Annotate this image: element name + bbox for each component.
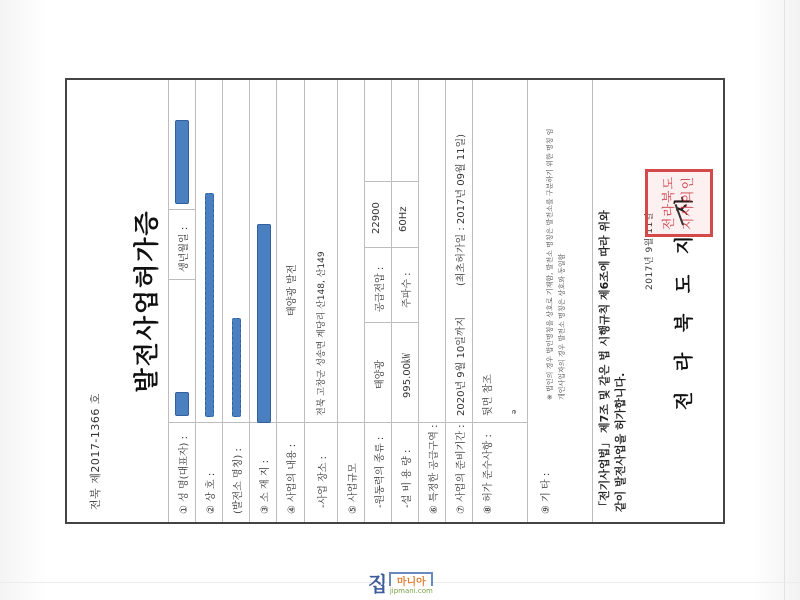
row-divider — [445, 80, 446, 522]
first-permit-date: (최초허가일 : 2017년 09월 11일) — [452, 134, 467, 286]
supply-area-label: ⑥ 특정한 공급구역 : — [425, 425, 440, 515]
row-divider — [276, 80, 277, 522]
other-value: ə — [510, 410, 518, 414]
capacity-label: -설 비 용 량 : — [398, 450, 413, 508]
prep-period-label: ⑦ 사업의 준비기간 : — [452, 425, 467, 515]
site-value: 전북 고창군 성송면 계당리 산148, 산149 — [314, 251, 327, 416]
name-label: ① 성 명(대표자) : — [175, 436, 190, 514]
redacted-company — [205, 193, 214, 417]
conditions-label: ⑧ 허가 준수사항 : — [479, 434, 494, 514]
row-divider — [168, 80, 169, 522]
business-value: 태양광 발전 — [283, 265, 298, 316]
frequency-value: 60Hz — [398, 207, 409, 233]
voltage-value: 22900 — [371, 202, 382, 234]
voltage-label: 공급전압 : — [371, 267, 386, 312]
birth-label: 생년월일 : — [175, 227, 190, 272]
watermark-url: jipmani.com — [390, 587, 433, 595]
row-divider — [418, 80, 419, 522]
row-divider — [222, 80, 223, 522]
document-title: 발전사업허가증 — [127, 80, 163, 522]
closing-line-1: 「전기사업법」 제7조 및 같은 법 시행규칙 제6조에 따라 위와 — [597, 210, 613, 512]
company-label: ② 상 호 : — [202, 473, 217, 514]
watermark-logo: 집 마니아 jipmani.com — [368, 572, 433, 595]
row-divider — [249, 80, 250, 522]
row-divider — [195, 80, 196, 522]
row-divider — [391, 80, 392, 522]
row-divider — [472, 80, 473, 522]
cell-divider — [364, 247, 418, 248]
location-label: ③ 소 재 지 : — [256, 460, 271, 514]
cell-divider — [364, 181, 418, 182]
redacted-location — [257, 224, 271, 423]
redacted-plant-name — [232, 318, 241, 417]
house-icon: 마니아 — [389, 572, 433, 586]
other-label: ⑨ 기 타 : — [537, 473, 552, 514]
scale-label: ⑤ 사업규모 — [344, 463, 359, 514]
source-label: -원동력의 종류 : — [371, 437, 386, 508]
document-number: 전북 제2017-1366 호 — [87, 393, 103, 510]
row-divider — [364, 80, 365, 522]
watermark-mark: 집 — [368, 574, 387, 594]
closing-line-2: 같이 발전사업을 허가합니다. — [613, 373, 629, 512]
capacity-value: 995.00㎾ — [398, 353, 413, 398]
permit-document: 전북 제2017-1366 호 발전사업허가증 ① 성 명(대표자) : 생년월… — [65, 78, 725, 524]
row-divider — [337, 80, 338, 522]
watermark-brand: 마니아 — [397, 573, 426, 588]
note-line-1: ※ 법인의 경우 법인명칭을 상호로 기재함, 발전소 명칭은 발전소를 구분하… — [545, 129, 556, 400]
scan-edge — [784, 0, 785, 600]
cell-divider — [168, 209, 195, 210]
cell-divider — [168, 279, 195, 280]
frequency-label: 주파수 : — [398, 272, 413, 308]
redacted-name — [175, 392, 189, 416]
row-divider — [592, 80, 593, 522]
note-line-2: 개인사업자의 경우 발전소 명칭은 상호와 동일함 — [557, 254, 568, 400]
source-value: 태양광 — [371, 360, 386, 389]
official-seal: 전라북도 지사의인 — [645, 169, 713, 237]
prep-period-value: 2020년 9월 10일까지 — [452, 317, 467, 416]
label-column-divider — [168, 422, 527, 423]
redacted-birthdate — [175, 120, 189, 204]
conditions-value: 뒷면 참조 — [479, 374, 494, 416]
cell-divider — [364, 322, 418, 323]
business-label: ④ 사업의 내용 : — [283, 444, 298, 514]
row-divider — [304, 80, 305, 522]
plant-name-label: (발전소 명칭) : — [229, 448, 244, 514]
site-label: -사업 장소 : — [314, 456, 329, 508]
row-divider — [527, 80, 528, 522]
